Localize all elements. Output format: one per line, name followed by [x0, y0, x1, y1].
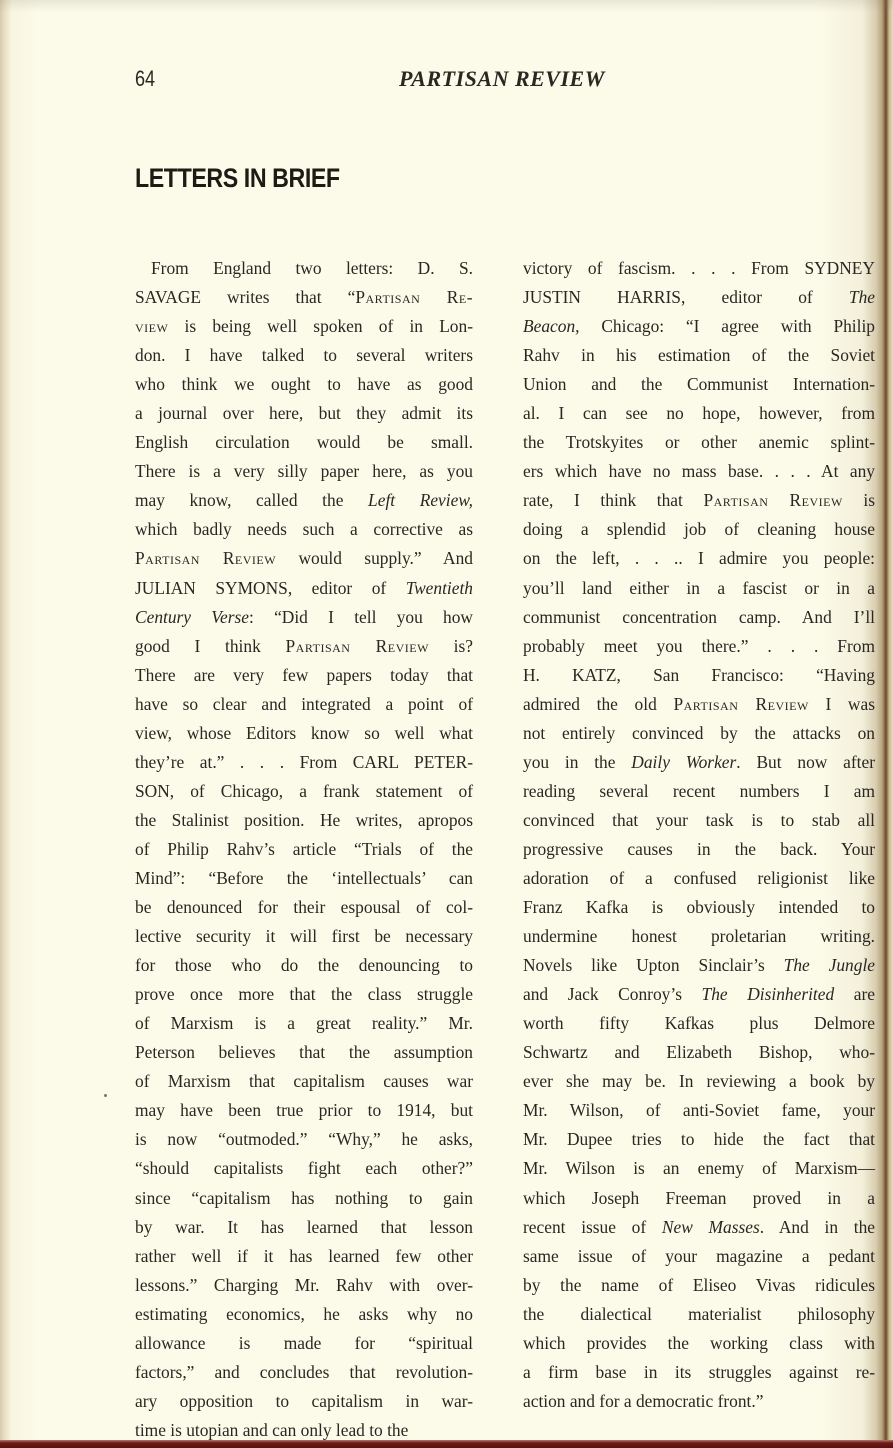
text-line: you in the Daily Worker. But now after — [523, 748, 875, 777]
text-run: There is a very silly paper here, as you — [135, 461, 473, 481]
text-run: is — [843, 490, 875, 510]
text-run: same issue of your magazine a pedant — [523, 1246, 875, 1266]
text-run: Mr. Wilson, of anti-Soviet fame, your — [523, 1100, 875, 1120]
text-run: Mr. Dupee tries to hide the fact that — [523, 1129, 875, 1149]
text-line: SON, of Chicago, a frank statement of — [135, 777, 473, 806]
text-run: you’ll land either in a fascist or in a — [523, 578, 875, 598]
small-caps-name: Partisan Review — [286, 636, 429, 656]
text-run: by war. It has learned that lesson — [135, 1217, 473, 1237]
text-line: al. I can see no hope, however, from — [523, 399, 875, 428]
text-line: ers which have no mass base. . . . At an… — [523, 457, 875, 486]
italic-title: The — [849, 287, 875, 307]
text-run: recent issue of — [523, 1217, 662, 1237]
text-run: is being well spoken of in Lon- — [168, 316, 473, 336]
text-run: a journal over here, but they admit its — [135, 403, 473, 423]
small-caps-name: Partisan Re- — [355, 287, 473, 307]
text-run: who think we ought to have as good — [135, 374, 473, 394]
top-shadow — [0, 0, 893, 12]
text-run: communist concentration camp. And I’ll — [523, 607, 875, 627]
text-line: From England two letters: D. S. — [135, 254, 473, 283]
text-run: of Philip Rahv’s article “Trials of the — [135, 839, 473, 859]
right-text-column: victory of fascism. . . . From SYDNEYJUS… — [523, 254, 875, 1416]
text-run: estimating economics, he asks why no — [135, 1304, 473, 1324]
text-line: on the left, . . .. I admire you people: — [523, 544, 875, 573]
stray-ink-mark — [104, 1094, 107, 1097]
text-run: Mr. Wilson is an enemy of Marxism— — [523, 1158, 875, 1178]
text-line: Mr. Dupee tries to hide the fact that — [523, 1125, 875, 1154]
running-head: 64 PARTISAN REVIEW — [135, 66, 875, 96]
text-line: a firm base in its struggles against re- — [523, 1358, 875, 1387]
text-line: Novels like Upton Sinclair’s The Jungle — [523, 951, 875, 980]
text-run: . But now after — [736, 752, 875, 772]
text-run: reading several recent numbers I am — [523, 781, 875, 801]
text-run: don. I have talked to several writers — [135, 345, 473, 365]
text-run: of Marxism is a great reality.” Mr. — [135, 1013, 473, 1033]
text-line: Schwartz and Elizabeth Bishop, who- — [523, 1038, 875, 1067]
text-run: have so clear and integrated a point of — [135, 694, 473, 714]
text-line: JULIAN SYMONS, editor of Twentieth — [135, 574, 473, 603]
text-line: and Jack Conroy’s The Disinherited are — [523, 980, 875, 1009]
text-line: worth fifty Kafkas plus Delmore — [523, 1009, 875, 1038]
text-line: undermine honest proletarian writing. — [523, 922, 875, 951]
text-run: JULIAN SYMONS, editor of — [135, 578, 406, 598]
text-line: which provides the working class with — [523, 1329, 875, 1358]
italic-title: Left Review, — [368, 490, 473, 510]
text-line: prove once more that the class struggle — [135, 980, 473, 1009]
text-line: not entirely convinced by the attacks on — [523, 719, 875, 748]
text-run: prove once more that the class struggle — [135, 984, 473, 1004]
italic-title: The Jungle — [784, 955, 875, 975]
journal-title: PARTISAN REVIEW — [399, 66, 605, 92]
text-line: don. I have talked to several writers — [135, 341, 473, 370]
text-run: Franz Kafka is obviously intended to — [523, 897, 875, 917]
text-run: . And in the — [760, 1217, 875, 1237]
text-line: view is being well spoken of in Lon- — [135, 312, 473, 341]
text-run: which badly needs such a corrective as — [135, 519, 473, 539]
text-run: progressive causes in the back. Your — [523, 839, 875, 859]
text-line: Rahv in his estimation of the Soviet — [523, 341, 875, 370]
text-line: they’re at.” . . . From CARL PETER- — [135, 748, 473, 777]
text-run: may know, called the — [135, 490, 368, 510]
text-run: time is utopian and can only lead to the — [135, 1420, 408, 1440]
text-line: view, whose Editors know so well what — [135, 719, 473, 748]
text-line: Franz Kafka is obviously intended to — [523, 893, 875, 922]
text-line: Beacon, Chicago: “I agree with Philip — [523, 312, 875, 341]
text-line: recent issue of New Masses. And in the — [523, 1213, 875, 1242]
text-run: would supply.” And — [276, 548, 473, 568]
text-line: Partisan Review would supply.” And — [135, 544, 473, 573]
text-run: factors,” and concludes that revolution- — [135, 1362, 473, 1382]
text-line: JUSTIN HARRIS, editor of The — [523, 283, 875, 312]
text-line: Union and the Communist Internation- — [523, 370, 875, 399]
italic-title: Daily Worker — [631, 752, 736, 772]
text-line: rate, I think that Partisan Review is — [523, 486, 875, 515]
text-run: is? — [429, 636, 473, 656]
text-line: action and for a democratic front.” — [523, 1387, 875, 1416]
text-line: which badly needs such a corrective as — [135, 515, 473, 544]
text-run: rather well if it has learned few other — [135, 1246, 473, 1266]
text-run: ever she may be. In reviewing a book by — [523, 1071, 875, 1091]
text-run: allowance is made for “spiritual — [135, 1333, 473, 1353]
text-line: may know, called the Left Review, — [135, 486, 473, 515]
italic-title: Beacon, — [523, 316, 580, 336]
text-line: by the name of Eliseo Vivas ridicules — [523, 1271, 875, 1300]
text-line: have so clear and integrated a point of — [135, 690, 473, 719]
italic-title: New Masses — [662, 1217, 760, 1237]
text-run: lessons.” Charging Mr. Rahv with over- — [135, 1275, 473, 1295]
text-line: adoration of a confused religionist like — [523, 864, 875, 893]
small-caps-name: Partisan Review — [135, 548, 276, 568]
text-run: doing a splendid job of cleaning house — [523, 519, 875, 539]
text-run: you in the — [523, 752, 631, 772]
text-run: worth fifty Kafkas plus Delmore — [523, 1013, 875, 1033]
text-run: good I think — [135, 636, 286, 656]
text-run: From England two letters: D. S. — [151, 258, 473, 278]
text-line: probably meet you there.” . . . From — [523, 632, 875, 661]
text-line: of Philip Rahv’s article “Trials of the — [135, 835, 473, 864]
italic-title: Twentieth — [406, 578, 473, 598]
text-run: the Stalinist position. He writes, aprop… — [135, 810, 473, 830]
text-line: is now “outmoded.” “Why,” he asks, — [135, 1125, 473, 1154]
text-line: by war. It has learned that lesson — [135, 1213, 473, 1242]
text-line: which Joseph Freeman proved in a — [523, 1184, 875, 1213]
text-run: on the left, . . .. I admire you people: — [523, 548, 875, 568]
text-run: for those who do the denouncing to — [135, 955, 473, 975]
text-line: good I think Partisan Review is? — [135, 632, 473, 661]
text-run: victory of fascism. . . . From SYDNEY — [523, 258, 875, 278]
text-run: not entirely convinced by the attacks on — [523, 723, 875, 743]
text-run: SON, of Chicago, a frank statement of — [135, 781, 473, 801]
text-line: There are very few papers today that — [135, 661, 473, 690]
text-line: of Marxism that capitalism causes war — [135, 1067, 473, 1096]
text-run: probably meet you there.” . . . From — [523, 636, 875, 656]
small-caps-name: Partisan Review — [703, 490, 842, 510]
text-run: be denounced for their espousal of col- — [135, 897, 473, 917]
text-line: admired the old Partisan Review I was — [523, 690, 875, 719]
text-line: Century Verse: “Did I tell you how — [135, 603, 473, 632]
text-line: rather well if it has learned few other — [135, 1242, 473, 1271]
small-caps-name: Partisan Review — [673, 694, 808, 714]
text-run: lective security it will first be necess… — [135, 926, 473, 946]
text-run: they’re at.” . . . From CARL PETER- — [135, 752, 473, 772]
text-run: may have been true prior to 1914, but — [135, 1100, 473, 1120]
text-run: action and for a democratic front.” — [523, 1391, 763, 1411]
text-run: Chicago: “I agree with Philip — [580, 316, 876, 336]
text-line: victory of fascism. . . . From SYDNEY — [523, 254, 875, 283]
text-line: convinced that your task is to stab all — [523, 806, 875, 835]
text-run: English circulation would be small. — [135, 432, 473, 452]
text-line: who think we ought to have as good — [135, 370, 473, 399]
text-run: view, whose Editors know so well what — [135, 723, 473, 743]
left-text-column: From England two letters: D. S.SAVAGE wr… — [135, 254, 473, 1445]
text-run: Peterson believes that the assumption — [135, 1042, 473, 1062]
text-line: since “capitalism has nothing to gain — [135, 1184, 473, 1213]
text-run: and Jack Conroy’s — [523, 984, 702, 1004]
text-line: reading several recent numbers I am — [523, 777, 875, 806]
text-line: may have been true prior to 1914, but — [135, 1096, 473, 1125]
text-run: JUSTIN HARRIS, editor of — [523, 287, 849, 307]
text-line: estimating economics, he asks why no — [135, 1300, 473, 1329]
text-line: same issue of your magazine a pedant — [523, 1242, 875, 1271]
section-title: LETTERS IN BRIEF — [135, 163, 340, 194]
text-line: progressive causes in the back. Your — [523, 835, 875, 864]
text-line: English circulation would be small. — [135, 428, 473, 457]
text-run: admired the old — [523, 694, 673, 714]
text-run: “should capitalists fight each other?” — [135, 1158, 473, 1178]
text-line: the Trotskyites or other anemic splint- — [523, 428, 875, 457]
text-run: SAVAGE writes that “ — [135, 287, 355, 307]
text-run: adoration of a confused religionist like — [523, 868, 875, 888]
text-line: H. KATZ, San Francisco: “Having — [523, 661, 875, 690]
text-line: factors,” and concludes that revolution- — [135, 1358, 473, 1387]
text-line: There is a very silly paper here, as you — [135, 457, 473, 486]
text-line: doing a splendid job of cleaning house — [523, 515, 875, 544]
text-run: convinced that your task is to stab all — [523, 810, 875, 830]
text-run: rate, I think that — [523, 490, 703, 510]
text-line: ary opposition to capitalism in war- — [135, 1387, 473, 1416]
text-line: Mind”: “Before the ‘intellectuals’ can — [135, 864, 473, 893]
text-run: Rahv in his estimation of the Soviet — [523, 345, 875, 365]
text-run: ary opposition to capitalism in war- — [135, 1391, 473, 1411]
text-line: “should capitalists fight each other?” — [135, 1154, 473, 1183]
text-run: which Joseph Freeman proved in a — [523, 1188, 875, 1208]
text-line: for those who do the denouncing to — [135, 951, 473, 980]
text-run: There are very few papers today that — [135, 665, 473, 685]
text-run: : “Did I tell you how — [249, 607, 473, 627]
text-line: communist concentration camp. And I’ll — [523, 603, 875, 632]
text-run: ers which have no mass base. . . . At an… — [523, 461, 875, 481]
text-run: al. I can see no hope, however, from — [523, 403, 875, 423]
text-line: you’ll land either in a fascist or in a — [523, 574, 875, 603]
text-run: Union and the Communist Internation- — [523, 374, 875, 394]
binding-edge — [0, 1440, 893, 1448]
text-line: allowance is made for “spiritual — [135, 1329, 473, 1358]
text-run: the Trotskyites or other anemic splint- — [523, 432, 875, 452]
text-line: Mr. Wilson is an enemy of Marxism— — [523, 1154, 875, 1183]
small-caps-name: view — [135, 316, 168, 336]
italic-title: Century Verse — [135, 607, 249, 627]
text-run: Novels like Upton Sinclair’s — [523, 955, 784, 975]
text-line: be denounced for their espousal of col- — [135, 893, 473, 922]
text-run: since “capitalism has nothing to gain — [135, 1188, 473, 1208]
text-line: of Marxism is a great reality.” Mr. — [135, 1009, 473, 1038]
text-line: ever she may be. In reviewing a book by — [523, 1067, 875, 1096]
text-line: lessons.” Charging Mr. Rahv with over- — [135, 1271, 473, 1300]
text-run: are — [834, 984, 875, 1004]
text-run: which provides the working class with — [523, 1333, 875, 1353]
text-run: undermine honest proletarian writing. — [523, 926, 875, 946]
text-run: by the name of Eliseo Vivas ridicules — [523, 1275, 875, 1295]
text-line: a journal over here, but they admit its — [135, 399, 473, 428]
page-number: 64 — [135, 66, 155, 92]
text-line: lective security it will first be necess… — [135, 922, 473, 951]
text-line: the dialectical materialist philosophy — [523, 1300, 875, 1329]
text-line: Peterson believes that the assumption — [135, 1038, 473, 1067]
text-run: Schwartz and Elizabeth Bishop, who- — [523, 1042, 875, 1062]
italic-title: The Disinherited — [702, 984, 835, 1004]
text-run: the dialectical materialist philosophy — [523, 1304, 875, 1324]
text-run: of Marxism that capitalism causes war — [135, 1071, 473, 1091]
text-line: SAVAGE writes that “Partisan Re- — [135, 283, 473, 312]
text-run: is now “outmoded.” “Why,” he asks, — [135, 1129, 473, 1149]
text-run: Mind”: “Before the ‘intellectuals’ can — [135, 868, 473, 888]
text-run: a firm base in its struggles against re- — [523, 1362, 875, 1382]
text-line: the Stalinist position. He writes, aprop… — [135, 806, 473, 835]
text-line: Mr. Wilson, of anti-Soviet fame, your — [523, 1096, 875, 1125]
text-run: I was — [809, 694, 875, 714]
text-run: H. KATZ, San Francisco: “Having — [523, 665, 875, 685]
